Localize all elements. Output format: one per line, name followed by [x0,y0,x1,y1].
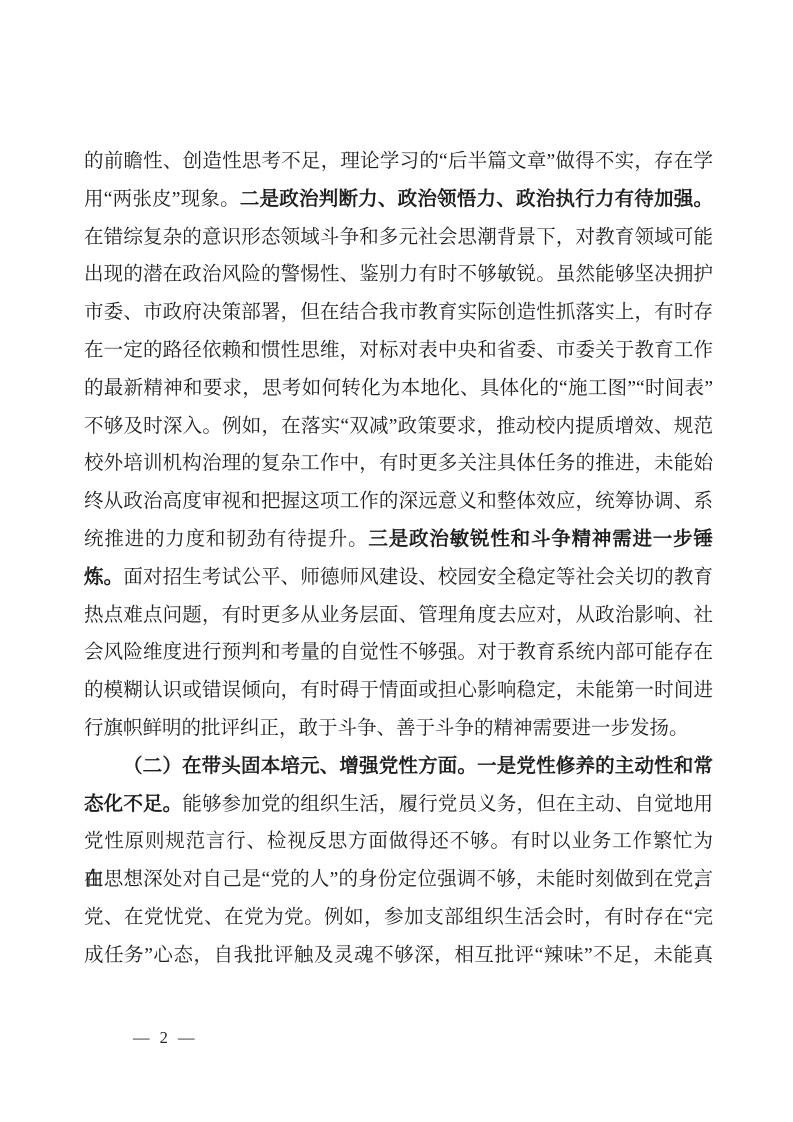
text-line: 党、在党忧党、在党为党。例如，参加支部组织生活会时，有时存在“完 [84,899,713,937]
body-text: 校外培训机构治理的复杂工作中，有时更多关注具体任务的推进，未能始 [84,453,713,474]
body-text: 在错综复杂的意识形态领域斗争和多元社会思潮背景下，对教育领域可能 [84,227,713,248]
body-text: 终从政治高度审视和把握这项工作的深远意义和整体效应，统筹协调、系 [84,491,713,512]
page-number: — 2 — [133,1028,198,1048]
body-text: 能够参加党的组织生活，履行党员义务，但在主动、自觉地用 [182,794,713,815]
text-line: 市委、市政府决策部署，但在结合我市教育实际创造性抓落实上，有时存 [84,294,713,332]
text-line: 出现的潜在政治风险的警惕性、鉴别力有时不够敏锐。虽然能够坚决拥护 [84,256,713,294]
text-line: （二）在带头固本培元、增强党性方面。一是党性修养的主动性和常 [84,748,713,786]
text-line: 态化不足。能够参加党的组织生活，履行党员义务，但在主动、自觉地用 [84,786,713,824]
body-text: 统推进的力度和韧劲有待提升。 [84,529,368,550]
text-line: 党性原则规范言行、检视反思方面做得还不够。有时以业务工作繁忙为由， [84,823,713,861]
text-line: 校外培训机构治理的复杂工作中，有时更多关注具体任务的推进，未能始 [84,445,713,483]
document-body: 的前瞻性、创造性思考不足，理论学习的“后半篇文章”做得不实，存在学用“两张皮”现… [84,143,713,975]
body-text: 在一定的路径依赖和惯性思维，对标对表中央和省委、市委关于教育工作 [84,340,713,361]
body-text: 党、在党忧党、在党为党。例如，参加支部组织生活会时，有时存在“完 [84,907,713,928]
text-line: 在错综复杂的意识形态领域斗争和多元社会思潮背景下，对教育领域可能 [84,219,713,257]
text-line: 在思想深处对自己是“党的人”的身份定位强调不够，未能时刻做到在党言 [84,861,713,899]
emphasis-text: 一是党性修养的主动性和常 [477,756,713,777]
body-text: 热点难点问题，有时更多从业务层面、管理角度去应对，从政治影响、社 [84,605,713,626]
body-text: 在思想深处对自己是“党的人”的身份定位强调不够，未能时刻做到在党言 [84,869,713,890]
body-text: 行旗帜鲜明的批评纠正，敢于斗争、善于斗争的精神需要进一步发扬。 [84,718,689,739]
body-text: 会风险维度进行预判和考量的自觉性不够强。对于教育系统内部可能存在 [84,642,713,663]
section-heading: （二）在带头固本培元、增强党性方面。 [123,756,477,777]
body-text: 不够及时深入。例如，在落实“双减”政策要求，推动校内提质增效、规范 [84,416,713,437]
body-text: 的前瞻性、创造性思考不足，理论学习的“后半篇文章”做得不实，存在学 [84,151,713,172]
text-line: 行旗帜鲜明的批评纠正，敢于斗争、善于斗争的精神需要进一步发扬。 [84,710,713,748]
text-line: 的模糊认识或错误倾向，有时碍于情面或担心影响稳定，未能第一时间进 [84,672,713,710]
text-line: 统推进的力度和韧劲有待提升。三是政治敏锐性和斗争精神需进一步锤 [84,521,713,559]
text-line: 成任务”心态，自我批评触及灵魂不够深，相互批评“辣味”不足，未能真 [84,937,713,975]
emphasis-text: 炼。 [84,567,123,588]
text-line: 终从政治高度审视和把握这项工作的深远意义和整体效应，统筹协调、系 [84,483,713,521]
body-text: 成任务”心态，自我批评触及灵魂不够深，相互批评“辣味”不足，未能真 [84,945,713,966]
text-line: 会风险维度进行预判和考量的自觉性不够强。对于教育系统内部可能存在 [84,634,713,672]
text-line: 用“两张皮”现象。二是政治判断力、政治领悟力、政治执行力有待加强。 [84,181,713,219]
text-line: 在一定的路径依赖和惯性思维，对标对表中央和省委、市委关于教育工作 [84,332,713,370]
body-text: 的最新精神和要求，思考如何转化为本地化、具体化的“施工图”“时间表” [84,378,713,399]
text-line: 的最新精神和要求，思考如何转化为本地化、具体化的“施工图”“时间表” [84,370,713,408]
text-line: 的前瞻性、创造性思考不足，理论学习的“后半篇文章”做得不实，存在学 [84,143,713,181]
body-text: 出现的潜在政治风险的警惕性、鉴别力有时不够敏锐。虽然能够坚决拥护 [84,264,713,285]
body-text: 的模糊认识或错误倾向，有时碍于情面或担心影响稳定，未能第一时间进 [84,680,713,701]
text-line: 热点难点问题，有时更多从业务层面、管理角度去应对，从政治影响、社 [84,597,713,635]
body-text: 用“两张皮”现象。 [84,189,240,210]
text-line: 炼。面对招生考试公平、师德师风建设、校园安全稳定等社会关切的教育 [84,559,713,597]
body-text: 市委、市政府决策部署，但在结合我市教育实际创造性抓落实上，有时存 [84,302,713,323]
emphasis-text: 二是政治判断力、政治领悟力、政治执行力有待加强。 [240,189,713,210]
emphasis-text: 三是政治敏锐性和斗争精神需进一步锤 [368,529,713,550]
emphasis-text: 态化不足。 [84,794,182,815]
document-page: 的前瞻性、创造性思考不足，理论学习的“后半篇文章”做得不实，存在学用“两张皮”现… [0,0,793,1122]
text-line: 不够及时深入。例如，在落实“双减”政策要求，推动校内提质增效、规范 [84,408,713,446]
body-text: 面对招生考试公平、师德师风建设、校园安全稳定等社会关切的教育 [123,567,713,588]
